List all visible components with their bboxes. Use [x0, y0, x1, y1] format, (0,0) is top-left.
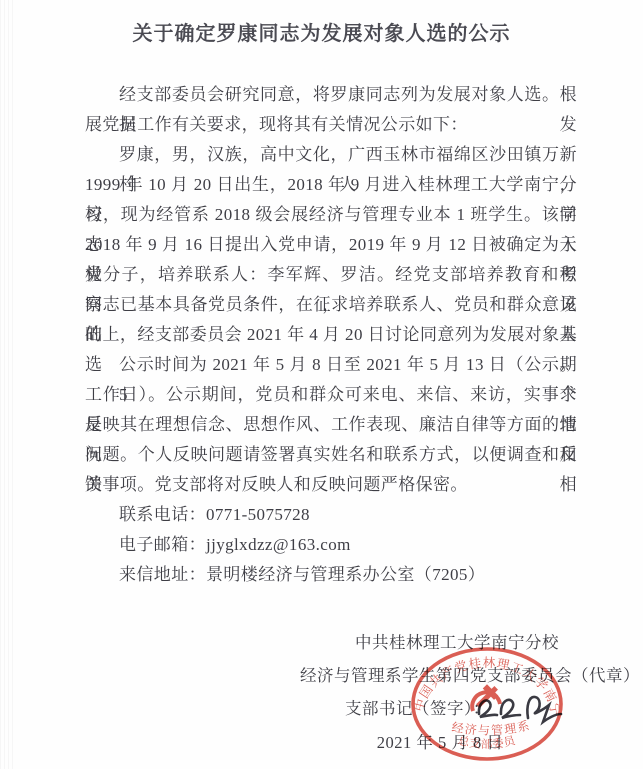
document-page: 关于确定罗康同志为发展对象人选的公示 经支部委员会研究同意，将罗康同志列为发展对… [0, 0, 643, 769]
body-line: 经支部委员会研究同意，将罗康同志列为发展对象人选。根据发 [85, 80, 577, 110]
signoff-date: 2021 年 5 月 8 日 [300, 728, 580, 758]
body-line: 问题。个人反映问题请签署真实姓名和联系方式，以便调查和反馈相 [85, 440, 577, 470]
body-line: 习，现为经管系 2018 级会展经济与管理专业本 1 班学生。该同志于 [85, 200, 577, 230]
contact-phone-line: 联系电话：0771-5075728 [85, 500, 577, 530]
body-line: 公示时间为 2021 年 5 月 8 日至 2021 年 5 月 13 日（公示… [85, 350, 577, 380]
signoff-org-line1: 中共桂林理工大学南宁分校 [307, 628, 607, 658]
contact-address-line: 来信地址：景明楼经济与管理系办公室（7205） [85, 560, 577, 590]
signoff-org-line2: 经济与管理系学生第四党支部委员会（代章） [300, 661, 622, 691]
body-line: 础上，经支部委员会 2021 年 4 月 20 日讨论同意列为发展对象人选。 [85, 320, 577, 350]
body-line: 罗康，男，汉族，高中文化，广西玉林市福绵区沙田镇万新村人， [85, 140, 577, 170]
handwritten-signature-icon [473, 688, 565, 730]
contact-email-line: 电子邮箱：jjyglxdzz@163.com [85, 530, 577, 560]
body-line: 1999 年 10 月 20 日出生，2018 年 9 月进入桂林理工大学南宁分… [85, 170, 577, 200]
body-line: 同志已基本具备党员条件，在征求培养联系人、党员和群众意见的基 [85, 290, 577, 320]
document-body: 经支部委员会研究同意，将罗康同志列为发展对象人选。根据发 展党员工作有关要求，现… [85, 80, 577, 590]
body-line: 极分子，培养联系人：李军辉、罗洁。经党支部培养教育和考察，该 [85, 260, 577, 290]
body-line: 2018 年 9 月 16 日提出入党申请，2019 年 9 月 12 日被确定… [85, 230, 577, 260]
body-line: 反映其在理想信念、思想作风、工作表现、廉洁自律等方面的情况和 [85, 410, 577, 440]
scan-artifact-streaks [0, 0, 14, 769]
body-line: 工作日）。公示期间，党员和群众可来电、来信、来访，实事求是地 [85, 380, 577, 410]
document-title: 关于确定罗康同志为发展对象人选的公示 [0, 17, 643, 46]
signature-label: 支部书记（签字）： [345, 699, 490, 718]
signoff-signature-line: 支部书记（签字）： [345, 694, 605, 724]
